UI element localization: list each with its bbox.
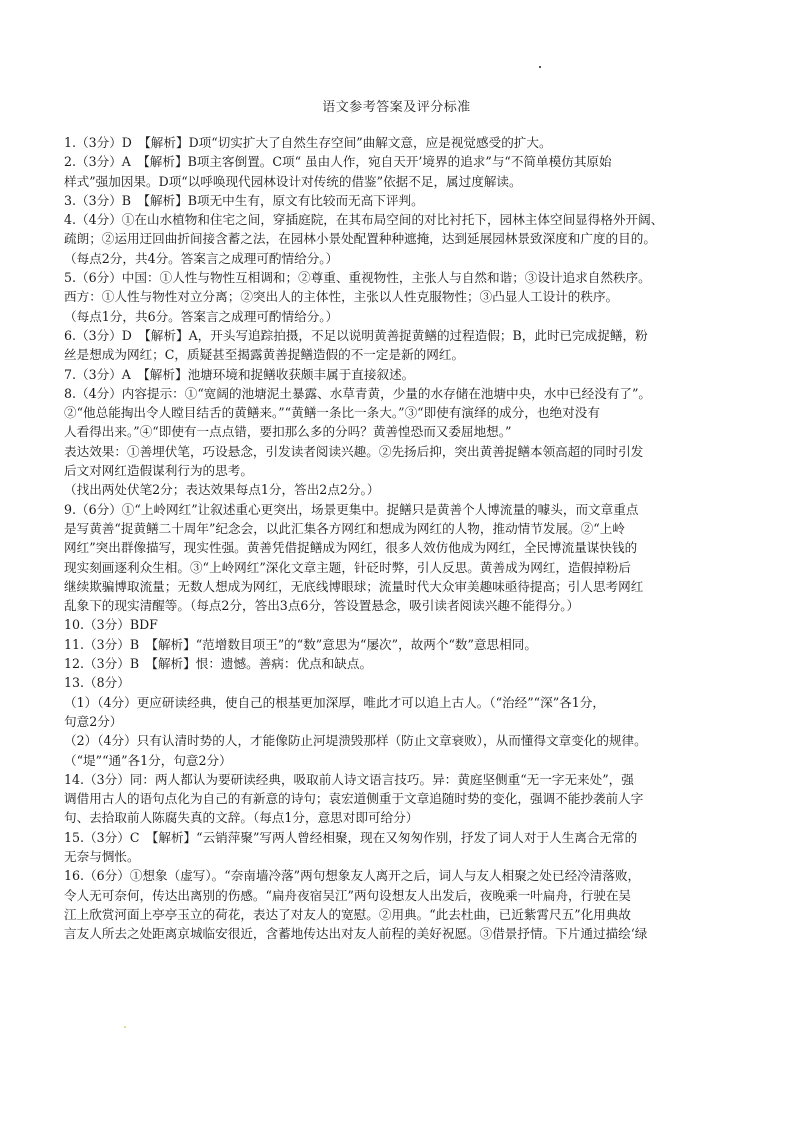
text-line: 后文对网红造假谋利行为的思考。 (64, 461, 740, 480)
text-line: （1）（4分）更应研读经典，使自己的根基更加深厚，唯此才可以追上古人。（“治经”… (64, 693, 740, 712)
text-line: 句、去拾取前人陈腐失真的文辞。（每点1分，意思对即可给分） (64, 808, 740, 827)
text-line: 2.（3分）A 【解析】B项主客倒置。C项“ 虽由人作，宛自天开’境界的追求”与… (64, 152, 740, 171)
text-line: 疏朗；②运用迂回曲折间接含蓄之法，在园林小景处配置种种遮掩，达到延展园林景致深度… (64, 229, 740, 248)
text-line: 乱象下的现实清醒等。（每点2分，答出3点6分，答设置悬念，吸引读者阅读兴趣不能得… (64, 596, 740, 615)
text-line: 继续欺骗博取流量；无数人想成为网红，无底线博眼球；流量时代大众审美趣味亟待提高；… (64, 577, 740, 596)
text-line: 人看得出来。”④“即使有一点点错，要扣那么多的分吗？黄善惶恐而又委屈地想。” (64, 422, 740, 441)
text-line: 15.（3分）C 【解析】“云销萍聚”写两人曾经相聚，现在又匆匆作别，抒发了词人… (64, 828, 740, 847)
text-line: 丝是想成为网红；C，质疑甚至揭露黄善捉鳝造假的不一定是新的网红。 (64, 345, 740, 364)
text-line: 13.（8分） (64, 673, 740, 692)
document-title: 语文参考答案及评分标准 (0, 96, 793, 115)
text-line: 调借用古人的语句点化为自己的有新意的诗句；袁宏道侧重于文章追随时势的变化，强调不… (64, 789, 740, 808)
text-line: 4.（4分）①在山水植物和住宅之间，穿插庭院，在其布局空间的对比衬托下，园林主体… (64, 210, 740, 229)
text-line: 是写黄善“捉黄鳝二十周年”纪念会，以此汇集各方网红和想成为网红的人物，推动情节发… (64, 519, 740, 538)
text-line: （2）（4分）只有认清时势的人，才能像防止河堤溃毁那样（防止文章衰败），从而懂得… (64, 731, 740, 750)
text-line: 11.（3分）B 【解析】“范增数目项王”的“数”意思为“屡次”，故两个“数”意… (64, 635, 740, 654)
scan-artifact (124, 1026, 126, 1028)
text-line: 10.（3分）BDF (64, 615, 740, 634)
text-line: 1.（3分）D 【解析】D项“切实扩大了自然生存空间”曲解文意，应是视觉感受的扩… (64, 133, 740, 152)
document-page: 语文参考答案及评分标准 1.（3分）D 【解析】D项“切实扩大了自然生存空间”曲… (0, 0, 793, 1122)
text-line: （“堤”“通”各1分，句意2分） (64, 751, 740, 770)
answer-key-body: 1.（3分）D 【解析】D项“切实扩大了自然生存空间”曲解文意，应是视觉感受的扩… (64, 133, 740, 943)
text-line: 16.（6分）①想象（虚写）。“奈南墙冷落”两句想象友人离开之后，词人与友人相聚… (64, 866, 740, 885)
text-line: （找出两处伏笔2分；表达效果每点1分，答出2点2分。） (64, 480, 740, 499)
text-line: （每点2分，共4分。答案言之成理可酌情给分。） (64, 249, 740, 268)
scan-artifact (539, 66, 541, 68)
text-line: 5.（6分）中国：①人性与物性互相调和；②尊重、重视物性，主张人与自然和谐；③设… (64, 268, 740, 287)
text-line: 8.（4分）内容提示：①“宽阔的池塘泥土暴露、水草青黄，少量的水存储在池塘中央，… (64, 384, 740, 403)
text-line: 7.（3分）A 【解析】池塘环境和捉鳝收获颇丰属于直接叙述。 (64, 365, 740, 384)
text-line: 言友人所去之处距离京城临安很近，含蓄地传达出对友人前程的美好祝愿。③借景抒情。下… (64, 924, 740, 943)
text-line: 句意2分） (64, 712, 740, 731)
text-line: 令人无可奈何，传达出离别的伤感。“扁舟夜宿吴江”两句设想友人出发后，夜晚乘一叶扁… (64, 886, 740, 905)
text-line: 表达效果：①善埋伏笔，巧设悬念，引发读者阅读兴趣。②先扬后抑，突出黄善捉鳝本领高… (64, 442, 740, 461)
text-line: 江上欣赏河面上亭亭玉立的荷花，表达了对友人的宽慰。②用典。“此去杜曲，已近紫霄尺… (64, 905, 740, 924)
text-line: 现实刻画逐利众生相。③“上岭网红”深化文章主题，针砭时弊，引人反思。黄善成为网红… (64, 558, 740, 577)
text-line: 9.（6分）①“上岭网红”让叙述重心更突出，场景更集中。捉鳝只是黄善个人博流量的… (64, 500, 740, 519)
text-line: 14.（3分）同：两人都认为要研读经典，吸取前人诗文语言技巧。异：黄庭坚侧重“无… (64, 770, 740, 789)
text-line: ②“他总能掏出令人瞠目结舌的黄鳝来。”“黄鳝一条比一条大。”③“即使有演绎的成分… (64, 403, 740, 422)
text-line: 12.（3分）B 【解析】恨：遗憾。善病：优点和缺点。 (64, 654, 740, 673)
text-line: 样式”强加因果。D项“以呼唤现代园林设计对传统的借鉴”依据不足，属过度解读。 (64, 172, 740, 191)
text-line: 6.（3分）D 【解析】A，开头写追踪拍摄，不足以说明黄善捉黄鳝的过程造假；B，… (64, 326, 740, 345)
text-line: 网红”突出群像描写，现实性强。黄善凭借捉鳝成为网红，很多人效仿他成为网红，全民博… (64, 538, 740, 557)
text-line: 无奈与惆怅。 (64, 847, 740, 866)
text-line: 西方：①人性与物性对立分离；②突出人的主体性，主张以人性克服物性；③凸显人工设计… (64, 287, 740, 306)
text-line: （每点1分，共6分。答案言之成理可酌情给分。） (64, 307, 740, 326)
text-line: 3.（3分）B 【解析】B项无中生有，原文有比较而无高下评判。 (64, 191, 740, 210)
